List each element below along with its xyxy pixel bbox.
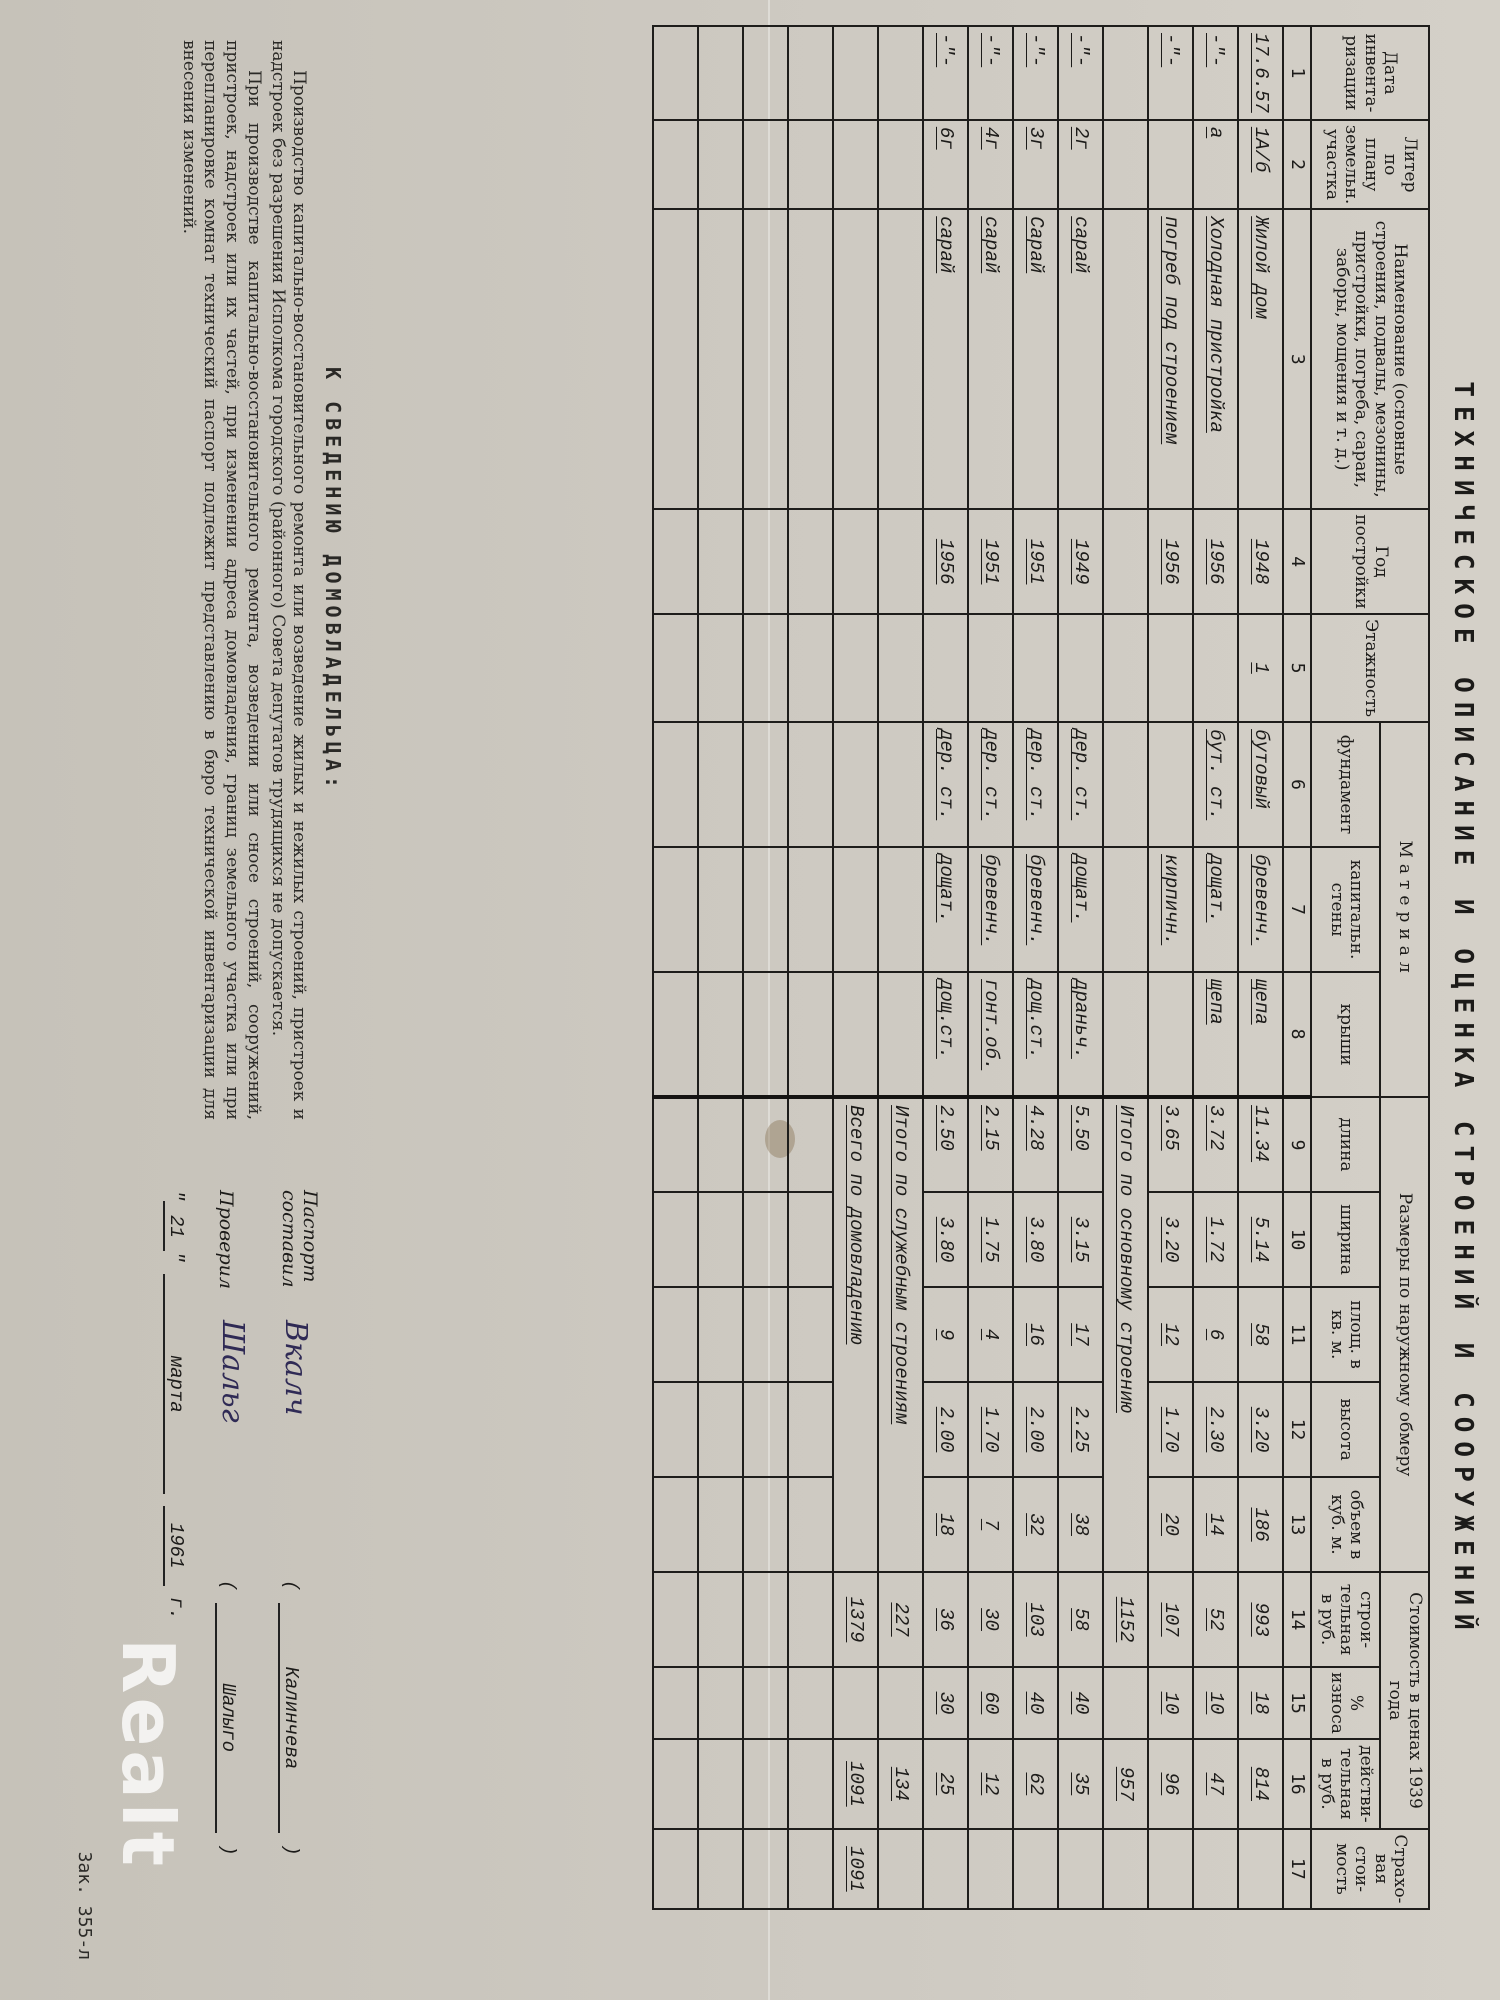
cell-insurance	[653, 1829, 698, 1909]
cell-volume	[788, 1477, 833, 1572]
header-height: высота	[1311, 1382, 1380, 1477]
cell-roof	[1103, 972, 1148, 1097]
header-area: площ. в кв. м.	[1311, 1287, 1380, 1382]
cell-roof: дощ.ст.	[923, 972, 968, 1097]
cell-length: 2.15	[968, 1097, 1013, 1192]
cell-volume	[743, 1477, 788, 1572]
cell-wear-pct: 10	[1193, 1667, 1238, 1739]
notice-paragraph: Производство капитально-восстановительно…	[266, 40, 310, 1120]
table-subtotal-row: Итого по служебным строениям227134	[878, 26, 923, 1909]
cell-foundation	[1103, 722, 1148, 847]
cell-roof	[878, 972, 923, 1097]
cell-insurance: 1091	[833, 1829, 878, 1909]
cell-name	[833, 209, 878, 509]
cell-actual-cost	[788, 1739, 833, 1829]
cell-volume: 38	[1058, 1477, 1103, 1572]
cell-date: -"-	[923, 26, 968, 120]
cell-volume	[653, 1477, 698, 1572]
cell-roof	[698, 972, 743, 1097]
cell-insurance	[1238, 1829, 1283, 1909]
cell-walls	[743, 847, 788, 972]
cell-date: -"-	[1148, 26, 1193, 120]
cell-length	[698, 1097, 743, 1192]
cell-foundation: дер. ст.	[1013, 722, 1058, 847]
technical-passport-page: ТЕХНИЧЕСКОЕ ОПИСАНИЕ И ОЦЕНКА СТРОЕНИЙ И…	[0, 0, 1500, 2000]
cell-insurance	[878, 1829, 923, 1909]
cell-foundation	[698, 722, 743, 847]
cell-year	[788, 509, 833, 614]
cell-year	[878, 509, 923, 614]
cell-width: 3.80	[923, 1192, 968, 1287]
cell-wear-pct	[833, 1667, 878, 1739]
cell-floors: 1	[1238, 614, 1283, 722]
cell-year: 1956	[1193, 509, 1238, 614]
cell-date: 17.6.57	[1238, 26, 1283, 120]
cell-liter	[1148, 120, 1193, 209]
cell-volume: 20	[1148, 1477, 1193, 1572]
cell-height: 2.00	[1013, 1382, 1058, 1477]
checked-by-name: Шалыго	[215, 1603, 239, 1833]
cell-liter: 4г	[968, 120, 1013, 209]
header-insurance: Страхо-вая стои-мость	[1311, 1829, 1429, 1909]
cell-height: 2.00	[923, 1382, 968, 1477]
table-row: 17.6.571А/бЖилой дом19481бутовыйбревенч.…	[1238, 26, 1283, 1909]
cell-year: 1949	[1058, 509, 1103, 614]
cell-floors	[698, 614, 743, 722]
cell-roof: щепа	[1238, 972, 1283, 1097]
notice-paragraph: При производстве капитально-восстановите…	[177, 40, 264, 1120]
cell-foundation: дер. ст.	[1058, 722, 1103, 847]
cell-year: 1951	[1013, 509, 1058, 614]
cell-name	[743, 209, 788, 509]
cell-name: сарай	[1058, 209, 1103, 509]
compiled-by-signature: Вкалч	[278, 1320, 313, 1580]
cell-construction-cost: 103	[1013, 1572, 1058, 1667]
cell-width: 3.80	[1013, 1192, 1058, 1287]
cell-height	[788, 1382, 833, 1477]
header-construction-cost: строи-тельная в руб.	[1311, 1572, 1380, 1667]
cell-wear-pct	[653, 1667, 698, 1739]
compiled-by-label: Паспорт составил	[278, 1190, 320, 1320]
cell-date: -"-	[1058, 26, 1103, 120]
cell-height: 2.30	[1193, 1382, 1238, 1477]
cell-year: 1956	[1148, 509, 1193, 614]
cell-liter: 3г	[1013, 120, 1058, 209]
cell-name: Холодная пристройка	[1193, 209, 1238, 509]
cell-area: 17	[1058, 1287, 1103, 1382]
cell-name: Жилой дом	[1238, 209, 1283, 509]
cell-length	[788, 1097, 833, 1192]
buildings-table: Дата инвента-ризации Литер по плану земе…	[652, 25, 1430, 1910]
cell-foundation	[878, 722, 923, 847]
cell-liter	[833, 120, 878, 209]
cell-roof	[653, 972, 698, 1097]
cell-wear-pct: 40	[1058, 1667, 1103, 1739]
cell-volume: 32	[1013, 1477, 1058, 1572]
cell-roof: щепа	[1193, 972, 1238, 1097]
cell-foundation	[743, 722, 788, 847]
notice-heading: К СВЕДЕНИЮ ДОМОВЛАДЕЛЬЦА:	[319, 40, 345, 1120]
cell-date	[743, 26, 788, 120]
table-row: -"-3гСарай1951дер. ст.бревенч.дощ.ст.4.2…	[1013, 26, 1058, 1909]
cell-height: 1.70	[968, 1382, 1013, 1477]
header-length: длина	[1311, 1097, 1380, 1192]
cell-floors	[743, 614, 788, 722]
cell-name: Сарай	[1013, 209, 1058, 509]
checked-by-row: Проверил Шальг ( Шалыго )	[215, 1190, 250, 1970]
cell-actual-cost: 35	[1058, 1739, 1103, 1829]
header-cost-group: Стоимость в ценах 1939 года	[1380, 1572, 1429, 1829]
cell-walls	[653, 847, 698, 972]
header-roof: крыши	[1311, 972, 1380, 1097]
cell-foundation	[788, 722, 833, 847]
cell-year	[833, 509, 878, 614]
cell-volume: 14	[1193, 1477, 1238, 1572]
cell-area	[743, 1287, 788, 1382]
cell-foundation: дер. ст.	[968, 722, 1013, 847]
cell-width: 3.15	[1058, 1192, 1103, 1287]
cell-construction-cost	[698, 1572, 743, 1667]
cell-insurance	[698, 1829, 743, 1909]
cell-length: 2.50	[923, 1097, 968, 1192]
cell-actual-cost: 957	[1103, 1739, 1148, 1829]
date-year: 1961	[163, 1506, 187, 1586]
cell-wear-pct: 18	[1238, 1667, 1283, 1739]
cell-date	[653, 26, 698, 120]
document-title: ТЕХНИЧЕСКОЕ ОПИСАНИЕ И ОЦЕНКА СТРОЕНИЙ И…	[1448, 130, 1478, 1890]
cell-name: сарай	[968, 209, 1013, 509]
header-material-group: Материал	[1380, 722, 1429, 1097]
cell-roof: гонт.об.	[968, 972, 1013, 1097]
cell-liter: 2г	[1058, 120, 1103, 209]
cell-floors	[923, 614, 968, 722]
cell-width	[788, 1192, 833, 1287]
cell-floors	[1148, 614, 1193, 722]
cell-roof: дощ.ст.	[1013, 972, 1058, 1097]
cell-liter	[743, 120, 788, 209]
table-subtotal-row: Всего по домовладению137910911091	[833, 26, 878, 1909]
cell-year	[1103, 509, 1148, 614]
cell-floors	[1058, 614, 1103, 722]
cell-foundation: бут. ст.	[1193, 722, 1238, 847]
table-row	[698, 26, 743, 1909]
cell-construction-cost	[653, 1572, 698, 1667]
header-volume: объем в куб. м.	[1311, 1477, 1380, 1572]
cell-height: 2.25	[1058, 1382, 1103, 1477]
header-dimensions-group: Размеры по наружному обмеру	[1380, 1097, 1429, 1572]
cell-year: 1948	[1238, 509, 1283, 614]
header-foundation: фундамент	[1311, 722, 1380, 847]
cell-actual-cost: 814	[1238, 1739, 1283, 1829]
cell-length: 3.65	[1148, 1097, 1193, 1192]
cell-construction-cost: 36	[923, 1572, 968, 1667]
cell-floors	[653, 614, 698, 722]
header-year: Год постройки	[1311, 509, 1429, 614]
cell-date	[1103, 26, 1148, 120]
cell-wear-pct: 40	[1013, 1667, 1058, 1739]
cell-width: 1.75	[968, 1192, 1013, 1287]
cell-width	[698, 1192, 743, 1287]
cell-date	[878, 26, 923, 120]
cell-construction-cost: 227	[878, 1572, 923, 1667]
column-number-row: 1 2 3 4 5 6 7 8 9 10 11 12 13 14 15 16 1…	[1283, 26, 1311, 1909]
cell-construction-cost	[788, 1572, 833, 1667]
header-wear-pct: % износа	[1311, 1667, 1380, 1739]
table-subtotal-row: Итого по основному строению1152957	[1103, 26, 1148, 1909]
cell-walls	[698, 847, 743, 972]
cell-length: 11.34	[1238, 1097, 1283, 1192]
cell-year	[698, 509, 743, 614]
cell-wear-pct	[788, 1667, 833, 1739]
cell-insurance	[743, 1829, 788, 1909]
cell-floors	[1103, 614, 1148, 722]
cell-actual-cost: 12	[968, 1739, 1013, 1829]
cell-actual-cost: 96	[1148, 1739, 1193, 1829]
cell-liter	[878, 120, 923, 209]
cell-walls: кирпичн.	[1148, 847, 1193, 972]
cell-date: -"-	[1193, 26, 1238, 120]
cell-walls: дощат.	[923, 847, 968, 972]
cell-area: 9	[923, 1287, 968, 1382]
date-month: марта	[163, 1274, 187, 1494]
cell-date	[833, 26, 878, 120]
cell-date: -"-	[1013, 26, 1058, 120]
cell-foundation	[653, 722, 698, 847]
cell-year	[653, 509, 698, 614]
cell-year: 1951	[968, 509, 1013, 614]
cell-height: 3.20	[1238, 1382, 1283, 1477]
cell-liter	[653, 120, 698, 209]
cell-construction-cost: 1152	[1103, 1572, 1148, 1667]
cell-walls	[833, 847, 878, 972]
header-liter: Литер по плану земельн. участка	[1311, 120, 1429, 209]
header-walls: капитальн. стены	[1311, 847, 1380, 972]
header-width: ширина	[1311, 1192, 1380, 1287]
checked-by-label: Проверил	[215, 1190, 236, 1320]
cell-length: 4.28	[1013, 1097, 1058, 1192]
table-row: -"-4гсарай1951дер. ст.бревенч.гонт.об.2.…	[968, 26, 1013, 1909]
cell-name: сарай	[923, 209, 968, 509]
cell-date: -"-	[968, 26, 1013, 120]
table-row	[653, 26, 698, 1909]
cell-actual-cost: 25	[923, 1739, 968, 1829]
cell-walls: бревенч.	[968, 847, 1013, 972]
cell-actual-cost	[653, 1739, 698, 1829]
cell-length	[743, 1097, 788, 1192]
cell-wear-pct: 60	[968, 1667, 1013, 1739]
cell-name: погреб под строением	[1148, 209, 1193, 509]
cell-roof	[743, 972, 788, 1097]
cell-construction-cost	[743, 1572, 788, 1667]
order-number: Зак. 355-л	[74, 1852, 95, 1960]
cell-insurance	[788, 1829, 833, 1909]
cell-construction-cost: 993	[1238, 1572, 1283, 1667]
cell-wear-pct: 10	[1148, 1667, 1193, 1739]
cell-area: 4	[968, 1287, 1013, 1382]
cell-walls	[788, 847, 833, 972]
cell-wear-pct	[878, 1667, 923, 1739]
cell-floors	[968, 614, 1013, 722]
cell-length	[653, 1097, 698, 1192]
cell-area	[698, 1287, 743, 1382]
cell-roof: драньч.	[1058, 972, 1103, 1097]
cell-height	[743, 1382, 788, 1477]
cell-insurance	[1148, 1829, 1193, 1909]
cell-walls	[878, 847, 923, 972]
cell-name	[698, 209, 743, 509]
watermark-logo: Realt	[106, 1638, 190, 1870]
table-row	[788, 26, 833, 1909]
cell-wear-pct	[1103, 1667, 1148, 1739]
cell-actual-cost: 134	[878, 1739, 923, 1829]
cell-liter: 6г	[923, 120, 968, 209]
table-row: -"-погреб под строением1956кирпичн.3.653…	[1148, 26, 1193, 1909]
cell-actual-cost	[743, 1739, 788, 1829]
cell-walls: дощат.	[1058, 847, 1103, 972]
cell-walls: бревенч.	[1013, 847, 1058, 972]
cell-height	[698, 1382, 743, 1477]
cell-actual-cost	[698, 1739, 743, 1829]
cell-year: 1956	[923, 509, 968, 614]
cell-width: 3.20	[1148, 1192, 1193, 1287]
compiled-by-name: Калинчева	[278, 1603, 302, 1833]
cell-liter	[788, 120, 833, 209]
cell-foundation: бутовый	[1238, 722, 1283, 847]
cell-insurance	[1103, 1829, 1148, 1909]
table-row: -"-аХолодная пристройка1956бут. ст.дощат…	[1193, 26, 1238, 1909]
cell-liter: а	[1193, 120, 1238, 209]
cell-floors	[878, 614, 923, 722]
header-actual-cost: действи-тельная в руб.	[1311, 1739, 1380, 1829]
cell-construction-cost: 107	[1148, 1572, 1193, 1667]
cell-foundation: дер. ст.	[923, 722, 968, 847]
cell-area: 12	[1148, 1287, 1193, 1382]
cell-name	[653, 209, 698, 509]
cell-construction-cost: 1379	[833, 1572, 878, 1667]
cell-wear-pct	[743, 1667, 788, 1739]
cell-walls	[1103, 847, 1148, 972]
cell-wear-pct: 30	[923, 1667, 968, 1739]
cell-insurance	[968, 1829, 1013, 1909]
cell-length: Итого по основному строению	[1103, 1097, 1148, 1572]
owner-notice: К СВЕДЕНИЮ ДОМОВЛАДЕЛЬЦА: Производство к…	[175, 40, 345, 1120]
cell-name	[1103, 209, 1148, 509]
cell-floors	[788, 614, 833, 722]
cell-area: 16	[1013, 1287, 1058, 1382]
cell-length: 5.50	[1058, 1097, 1103, 1192]
compiled-by-row: Паспорт составил Вкалч ( Калинчева )	[278, 1190, 320, 1970]
date-day: 21	[163, 1201, 187, 1251]
header-date: Дата инвента-ризации	[1311, 26, 1429, 120]
cell-name	[878, 209, 923, 509]
cell-area: 58	[1238, 1287, 1283, 1382]
header-name: Наименование (основные строения, подвалы…	[1311, 209, 1429, 509]
cell-construction-cost: 58	[1058, 1572, 1103, 1667]
table-row: -"-6гсарай1956дер. ст.дощат.дощ.ст.2.503…	[923, 26, 968, 1909]
cell-actual-cost: 62	[1013, 1739, 1058, 1829]
cell-insurance	[1013, 1829, 1058, 1909]
cell-width	[653, 1192, 698, 1287]
cell-floors	[833, 614, 878, 722]
cell-insurance	[1058, 1829, 1103, 1909]
cell-floors	[1193, 614, 1238, 722]
cell-area	[653, 1287, 698, 1382]
cell-walls: бревенч.	[1238, 847, 1283, 972]
cell-insurance	[923, 1829, 968, 1909]
table-row: -"-2гсарай1949дер. ст.дощат.драньч.5.503…	[1058, 26, 1103, 1909]
cell-foundation	[1148, 722, 1193, 847]
cell-volume: 186	[1238, 1477, 1283, 1572]
cell-roof	[833, 972, 878, 1097]
cell-floors	[1013, 614, 1058, 722]
cell-length: Всего по домовладению	[833, 1097, 878, 1572]
cell-width: 1.72	[1193, 1192, 1238, 1287]
cell-insurance	[1193, 1829, 1238, 1909]
cell-walls: дощат.	[1193, 847, 1238, 972]
cell-volume	[698, 1477, 743, 1572]
cell-actual-cost: 47	[1193, 1739, 1238, 1829]
cell-name	[788, 209, 833, 509]
cell-height: 1.70	[1148, 1382, 1193, 1477]
cell-length: 3.72	[1193, 1097, 1238, 1192]
cell-year	[743, 509, 788, 614]
cell-roof	[1148, 972, 1193, 1097]
cell-width: 5.14	[1238, 1192, 1283, 1287]
cell-foundation	[833, 722, 878, 847]
table-row	[743, 26, 788, 1909]
cell-liter	[1103, 120, 1148, 209]
cell-roof	[788, 972, 833, 1097]
cell-area	[788, 1287, 833, 1382]
cell-construction-cost: 52	[1193, 1572, 1238, 1667]
cell-construction-cost: 30	[968, 1572, 1013, 1667]
cell-date	[698, 26, 743, 120]
cell-height	[653, 1382, 698, 1477]
cell-area: 6	[1193, 1287, 1238, 1382]
checked-by-signature: Шальг	[215, 1320, 250, 1580]
header-floors: Этажность	[1311, 614, 1429, 722]
cell-date	[788, 26, 833, 120]
cell-volume: 18	[923, 1477, 968, 1572]
cell-actual-cost: 1091	[833, 1739, 878, 1829]
cell-liter: 1А/б	[1238, 120, 1283, 209]
cell-liter	[698, 120, 743, 209]
cell-volume: 7	[968, 1477, 1013, 1572]
cell-length: Итого по служебным строениям	[878, 1097, 923, 1572]
cell-width	[743, 1192, 788, 1287]
cell-wear-pct	[698, 1667, 743, 1739]
